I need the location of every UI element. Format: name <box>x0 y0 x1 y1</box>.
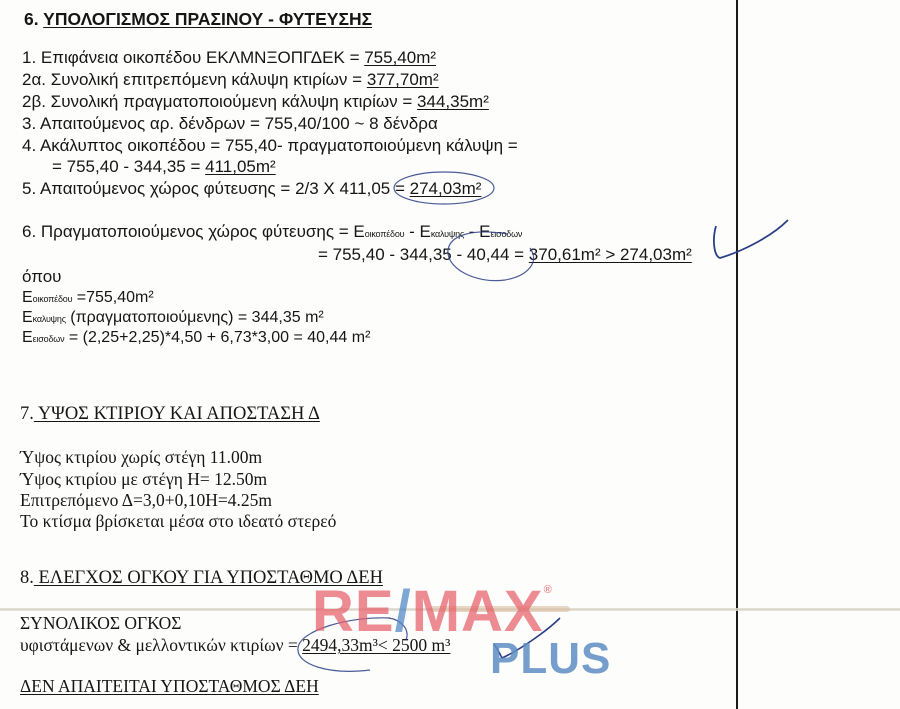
section6-item-1: 1. Επιφάνεια οικοπέδου ΕΚΛΜΝΞΟΠΓΔΕΚ = 75… <box>22 48 436 68</box>
item-label: 6. Πραγματοποιούμενος χώρος φύτευσης = <box>22 222 353 241</box>
item-label: 2α. Συνολική επιτρεπόμενη κάλυψη κτιρίων… <box>22 70 367 89</box>
section6-item-2a: 2α. Συνολική επιτρεπόμενη κάλυψη κτιρίων… <box>22 70 439 90</box>
where-label: όπου <box>22 267 61 287</box>
item-label: 5. Απαιτούμενος χώρος φύτευσης = 2/3 X 4… <box>22 179 410 198</box>
item-label: 2β. Συνολική πραγματοποιούμενη κάλυψη κτ… <box>22 92 417 111</box>
section7-title-text: ΥΨΟΣ ΚΤΙΡΙΟΥ ΚΑΙ ΑΠΟΣΤΑΣΗ Δ <box>34 404 320 424</box>
section6-title: 6. ΥΠΟΛΟΓΙΣΜΟΣ ΠΡΑΣΙΝΟΥ - ΦΥΤΕΥΣΗΣ <box>24 9 372 30</box>
section7-line-4: Το κτίσμα βρίσκεται μέσα στο ιδεατό στερ… <box>20 511 336 532</box>
section8-conclusion: ΔΕΝ ΑΠΑΙΤΕΙΤΑΙ ΥΠΟΣΤΑΘΜΟΣ ΔΕΗ <box>20 676 319 697</box>
definition-eisodon: Eεισοδων = (2,25+2,25)*4,50 + 6,73*3,00 … <box>22 329 370 347</box>
item-value: 411,05m² <box>205 157 276 176</box>
subscript: εισοδων <box>490 229 522 239</box>
section6-item-3: 3. Απαιτούμενος αρ. δένδρων = 755,40/100… <box>22 114 438 134</box>
subscript: οικοπέδου <box>365 229 405 239</box>
symbol-e: E <box>420 222 431 241</box>
paper-stain <box>430 606 570 612</box>
section7-line-1: Ύψος κτιρίου χωρίς στέγη 11.00m <box>20 447 262 468</box>
check-mark-section8-icon <box>494 618 560 658</box>
section7-number: 7. <box>20 404 34 424</box>
section8-total-label: ΣΥΝΟΛΙΚΟΣ ΟΓΚΟΣ <box>20 613 181 634</box>
item-value: 755,40m² <box>364 48 436 67</box>
section6-title-text: ΥΠΟΛΟΓΙΣΜΟΣ ΠΡΑΣΙΝΟΥ - ΦΥΤΕΥΣΗΣ <box>43 9 372 29</box>
symbol-e: E <box>353 222 364 241</box>
item-value: 370,61m² > 274,03m² <box>529 245 692 264</box>
section8-number: 8. <box>20 568 34 588</box>
remax-watermark-plus: PLUS <box>490 634 611 684</box>
section8-buildings-line: υφιστάμενων & μελλοντικών κτιρίων = 2494… <box>20 635 450 656</box>
check-mark-item6-icon <box>714 220 788 258</box>
document-page: 6. ΥΠΟΛΟΓΙΣΜΟΣ ΠΡΑΣΙΝΟΥ - ΦΥΤΕΥΣΗΣ 1. Επ… <box>0 0 900 709</box>
symbol-e: E <box>479 222 490 241</box>
definition-text: (πραγματοποιούμενης) = 344,35 m² <box>66 309 324 326</box>
section6-item-6: 6. Πραγματοποιούμενος χώρος φύτευσης = E… <box>22 222 522 242</box>
section6-item-4-calc: = 755,40 - 344,35 = 411,05m² <box>52 157 276 177</box>
subscript: καλυψης <box>33 314 66 324</box>
definition-kalypsis: Eκαλυψης (πραγματοποιούμενης) = 344,35 m… <box>22 309 324 327</box>
registered-mark-icon: ® <box>544 584 553 596</box>
subscript: οικοπέδου <box>33 294 73 304</box>
subscript: εισοδων <box>33 334 65 344</box>
symbol-e: E <box>22 289 33 306</box>
section6-item-5: 5. Απαιτούμενος χώρος φύτευσης = 2/3 X 4… <box>22 179 481 199</box>
symbol-e: E <box>22 329 33 346</box>
definition-text: =755,40m² <box>72 289 153 306</box>
item-label: = 755,40 - 344,35 - 40,44 = <box>318 245 529 264</box>
section6-number: 6. <box>24 9 39 29</box>
item-label: = 755,40 - 344,35 = <box>52 157 205 176</box>
operator: - <box>404 222 419 241</box>
item-label: 1. Επιφάνεια οικοπέδου ΕΚΛΜΝΞΟΠΓΔΕΚ = <box>22 48 364 67</box>
subscript: καλυψης <box>431 229 464 239</box>
section6-item-2b: 2β. Συνολική πραγματοποιούμενη κάλυψη κτ… <box>22 92 489 112</box>
item-label: υφιστάμενων & μελλοντικών κτιρίων = <box>20 635 302 655</box>
symbol-e: E <box>22 309 33 326</box>
item-value: 344,35m² <box>417 92 489 111</box>
section7-line-2: Ύψος κτιρίου με στέγη H= 12.50m <box>20 469 267 490</box>
item-value: 274,03m² <box>410 179 482 198</box>
item-label: 3. Απαιτούμενος αρ. δένδρων = 755,40/100… <box>22 114 438 133</box>
section8-title: 8. ΕΛΕΓΧΟΣ ΟΓΚΟΥ ΓΙΑ ΥΠΟΣΤΑΘΜΟ ΔΕΗ <box>20 568 383 589</box>
section7-title: 7. ΥΨΟΣ ΚΤΙΡΙΟΥ ΚΑΙ ΑΠΟΣΤΑΣΗ Δ <box>20 404 320 425</box>
item-label: 4. Ακάλυπτος οικοπέδου = 755,40- πραγματ… <box>22 136 518 155</box>
section6-item-4: 4. Ακάλυπτος οικοπέδου = 755,40- πραγματ… <box>22 136 518 156</box>
page-border-line <box>736 0 738 709</box>
item-value: 2494,33m³< 2500 m³ <box>302 635 450 655</box>
item-value: 377,70m² <box>367 70 439 89</box>
section7-line-3: Επιτρεπόμενο Δ=3,0+0,10Η=4.25m <box>20 490 272 511</box>
section6-item-6-calc: = 755,40 - 344,35 - 40,44 = 370,61m² > 2… <box>318 245 692 265</box>
section8-title-text: ΕΛΕΓΧΟΣ ΟΓΚΟΥ ΓΙΑ ΥΠΟΣΤΑΘΜΟ ΔΕΗ <box>34 568 383 588</box>
operator: - <box>464 222 479 241</box>
definition-oikopedou: Eοικοπέδου =755,40m² <box>22 289 154 307</box>
definition-text: = (2,25+2,25)*4,50 + 6,73*3,00 = 40,44 m… <box>64 329 370 346</box>
